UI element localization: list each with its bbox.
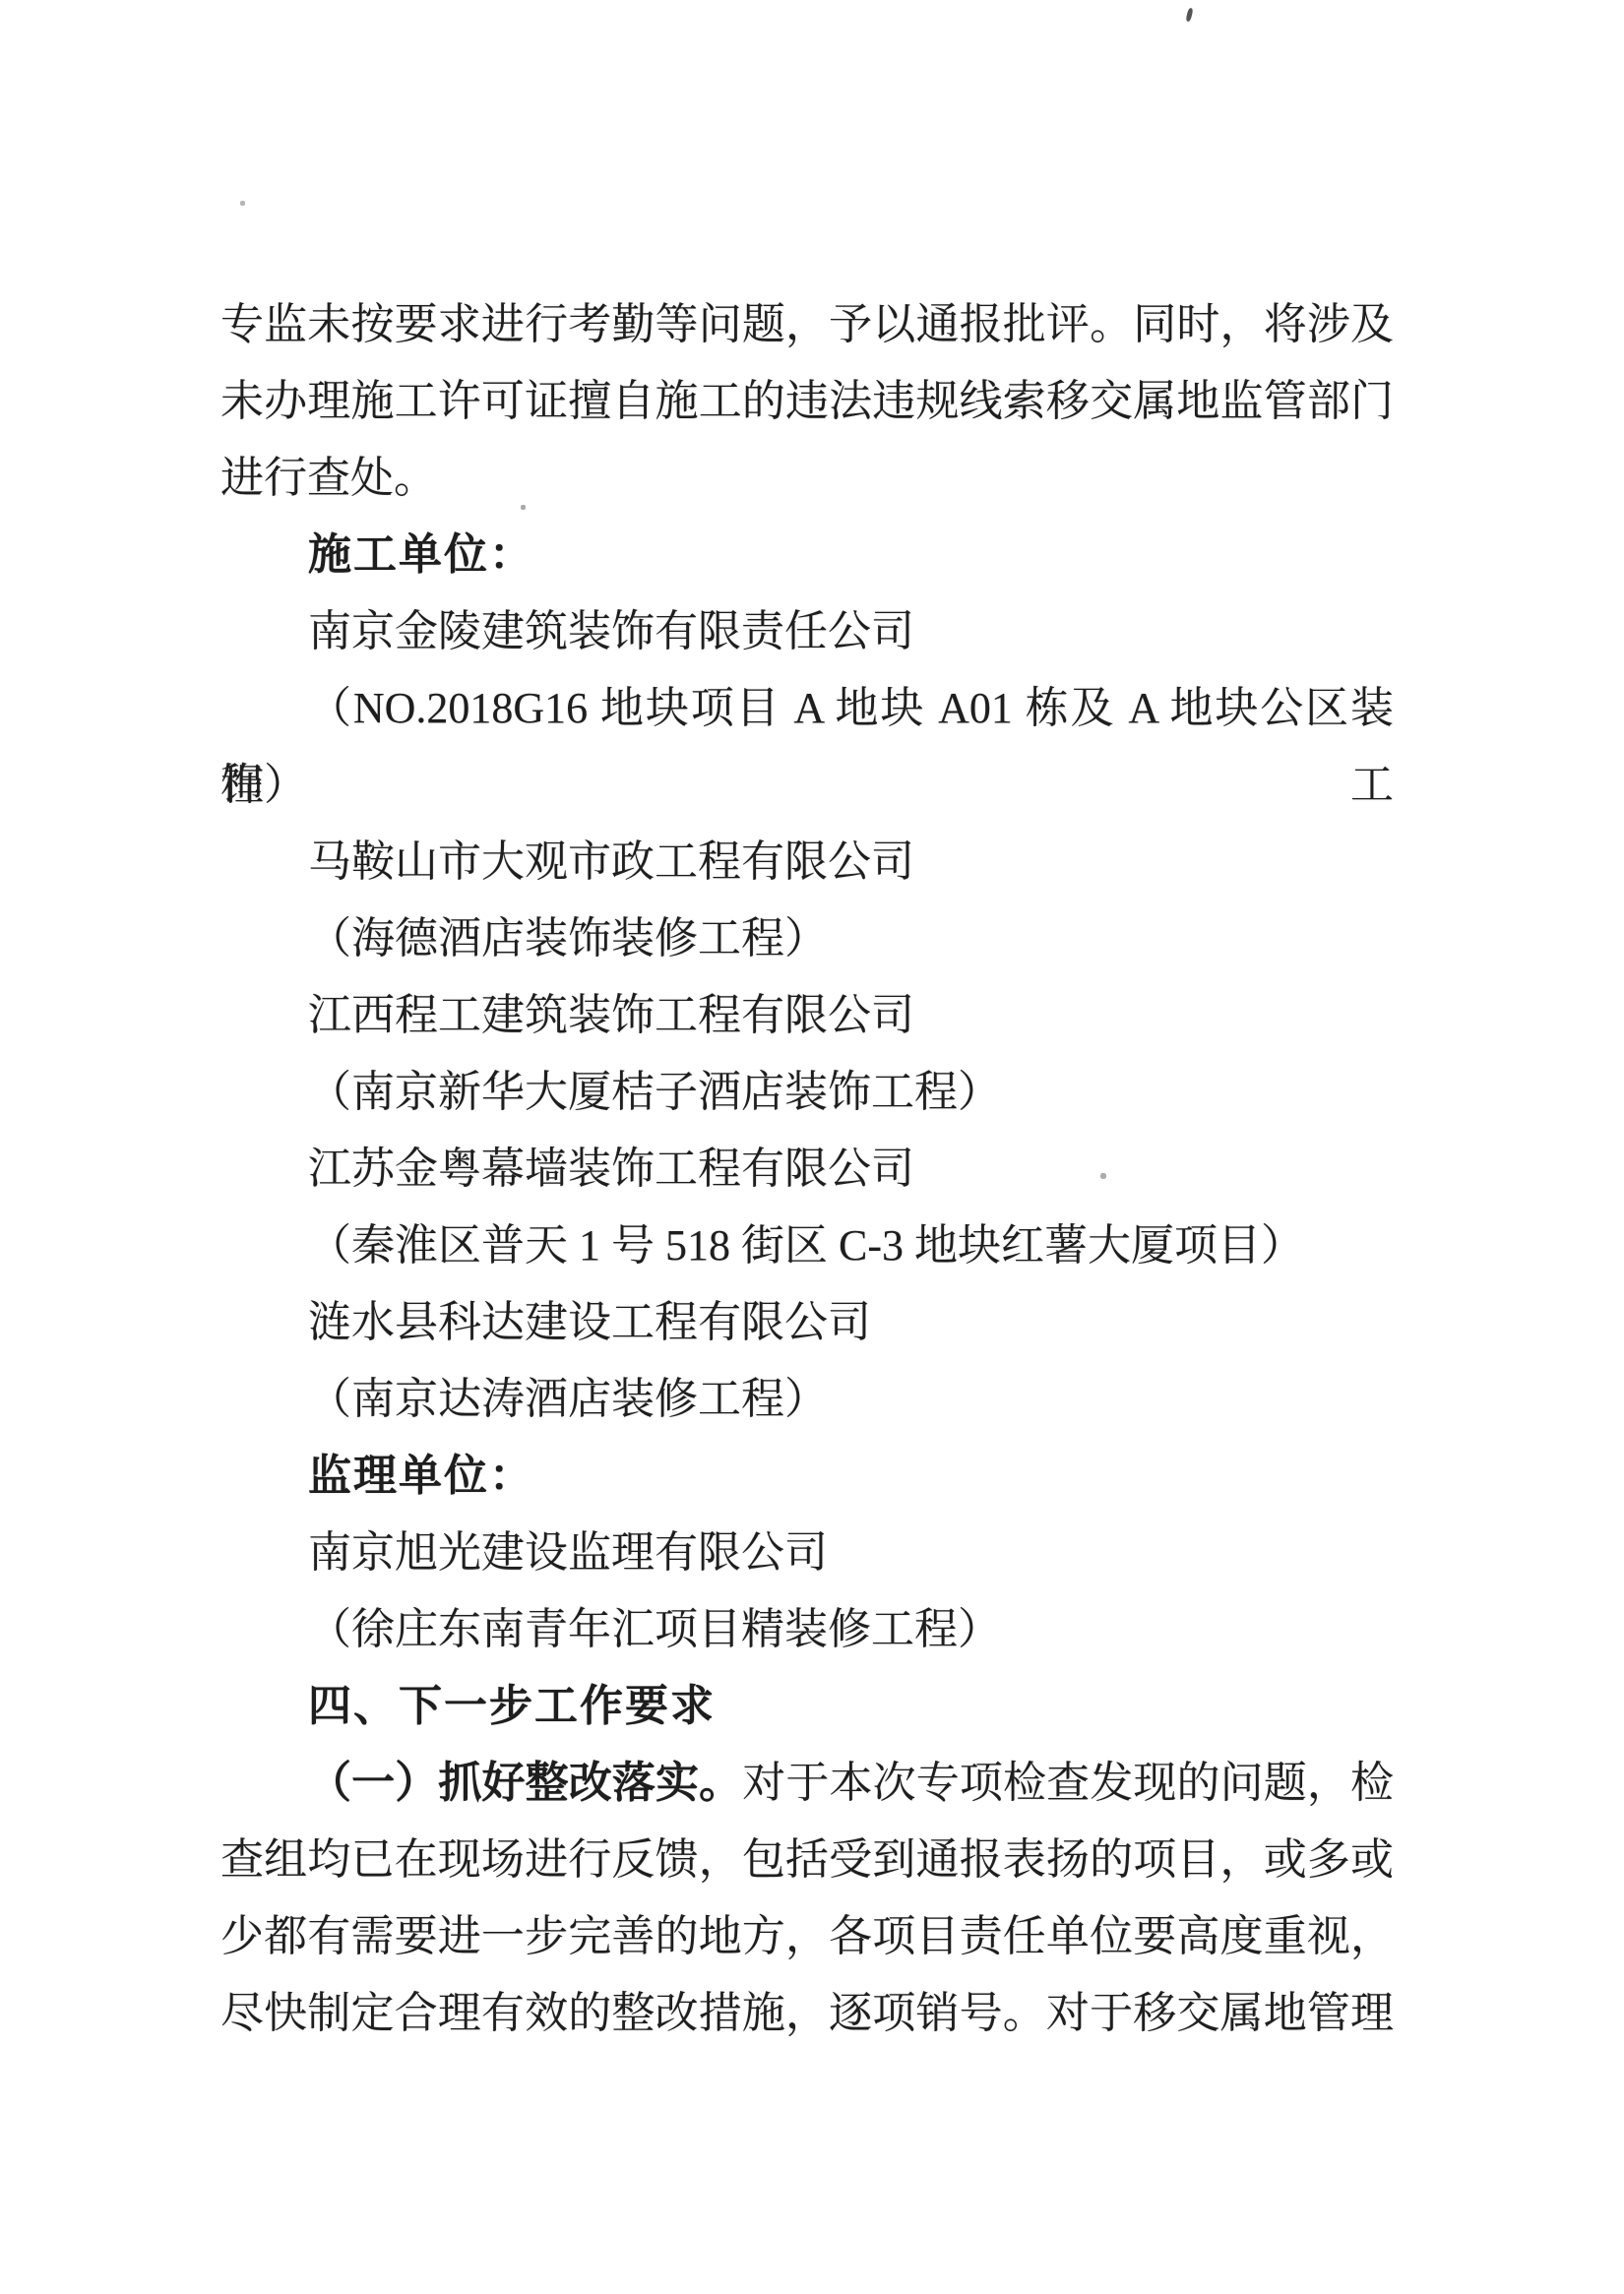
- document-line: 监理单位：: [220, 1438, 1394, 1515]
- clause-lead: （一）抓好整改落实。: [308, 1759, 742, 1807]
- document-line: 四、下一步工作要求: [220, 1668, 1394, 1745]
- document-line: 马鞍山市大观市政工程有限公司: [220, 824, 1394, 900]
- document-line: （海德酒店装饰装修工程）: [220, 900, 1394, 977]
- scan-speckle: [1185, 8, 1193, 23]
- document-body: 专监未按要求进行考勤等问题，予以通报批评。同时，将涉及未办理施工许可证擅自施工的…: [220, 286, 1394, 2052]
- document-line: 专监未按要求进行考勤等问题，予以通报批评。同时，将涉及: [220, 286, 1394, 363]
- document-line: 南京旭光建设监理有限公司: [220, 1515, 1394, 1591]
- document-line: 未办理施工许可证擅自施工的违法违规线索移交属地监管部门: [220, 363, 1394, 440]
- document-line: （NO.2018G16 地块项目 A 地块 A01 栋及 A 地块公区装饰工: [220, 670, 1394, 747]
- document-line: 少都有需要进一步完善的地方，各项目责任单位要高度重视，: [220, 1898, 1394, 1975]
- document-line: 尽快制定合理有效的整改措施，逐项销号。对于移交属地管理: [220, 1975, 1394, 2052]
- scan-speckle: [521, 505, 526, 510]
- document-line: （南京达涛酒店装修工程）: [220, 1361, 1394, 1438]
- document-line: 涟水县科达建设工程有限公司: [220, 1284, 1394, 1361]
- document-line: 南京金陵建筑装饰有限责任公司: [220, 593, 1394, 670]
- document-line: （秦淮区普天 1 号 518 街区 C-3 地块红薯大厦项目）: [220, 1208, 1394, 1284]
- document-line: 江西程工建筑装饰工程有限公司: [220, 977, 1394, 1054]
- document-line: 查组均已在现场进行反馈，包括受到通报表扬的项目，或多或: [220, 1822, 1394, 1898]
- scan-speckle: [1100, 1173, 1106, 1179]
- document-line: （徐庄东南青年汇项目精装修工程）: [220, 1591, 1394, 1668]
- document-line: 进行查处。: [220, 440, 1394, 517]
- document-line: 江苏金粤幕墙装饰工程有限公司: [220, 1131, 1394, 1208]
- document-line: （一）抓好整改落实。对于本次专项检查发现的问题，检: [220, 1745, 1394, 1822]
- scanned-document-page: 专监未按要求进行考勤等问题，予以通报批评。同时，将涉及未办理施工许可证擅自施工的…: [0, 0, 1624, 2294]
- document-line: （南京新华大厦桔子酒店装饰工程）: [220, 1054, 1394, 1131]
- document-line: 施工单位：: [220, 517, 1394, 593]
- scan-speckle: [240, 201, 245, 206]
